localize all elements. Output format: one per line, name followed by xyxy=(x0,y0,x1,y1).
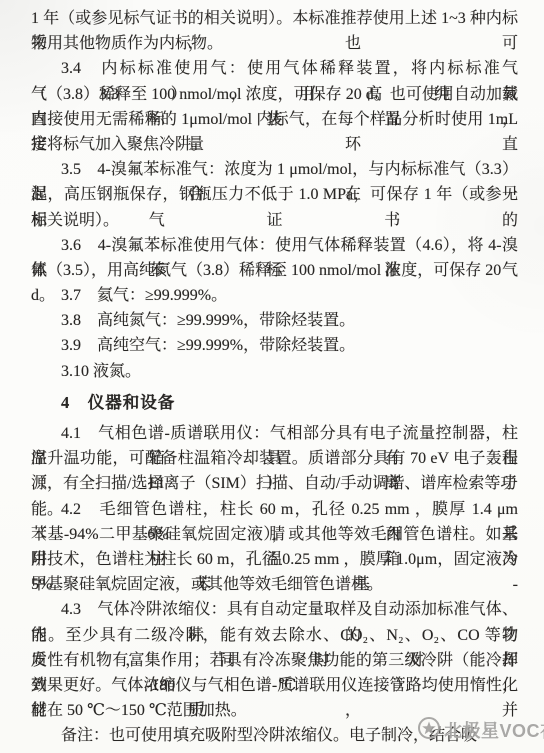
text-line: 体（3.5），用高纯氮气（3.8）稀释至 100 nmol/mol 浓度，可保存… xyxy=(31,258,518,283)
scan-speck xyxy=(284,687,288,691)
text-line: 序升温功能，可配备柱温箱冷却装置。质谱部分具有 70 eV 电子轰击（EI）离子 xyxy=(31,446,518,471)
document-page: 1 年（或参见标气证书的相关说明）。本标准推荐使用上述 1~3 种内标物，也可 … xyxy=(0,0,544,753)
text-line: 3.7 氦气：≥99.999%。 xyxy=(31,283,518,308)
text-line: 阱技术，色谱柱为柱长 60 m，孔径 0.25 mm ，膜厚 1.0μm，固定液… xyxy=(31,547,518,572)
text-line: 能。至少具有二级冷阱，能有效去除水、CO₂、N₂、O₂、CO 等物质，同时对挥 xyxy=(31,623,518,648)
text-line: 效果更好。气体浓缩仪与气相色谱-质谱联用仪连接管路均使用惰性化材质，并 xyxy=(31,673,518,698)
text-line: 起，高压钢瓶保存，钢瓶压力不低于 1.0 MPa，可保存 1 年（或参见标气证书… xyxy=(31,182,518,207)
text-line: 4.2 毛细管色谱柱，柱长 60 m，孔径 0.25 mm ，膜厚 1.4 μm… xyxy=(31,497,518,522)
text-line: 1 年（或参见标气证书的相关说明）。本标准推荐使用上述 1~3 种内标物，也可 xyxy=(31,6,518,31)
text-line: 苯基-94%二甲基聚硅氧烷固定液），或其他等效毛细管色谱柱。如采用柱温箱冷 xyxy=(31,522,518,547)
section-heading: 4 仪器和设备 xyxy=(31,390,518,415)
text-line: 气（3.8）稀释至 100 nmol/mol 浓度，可保存 20 d。也可使用自… xyxy=(31,82,518,107)
text-line: 3.8 高纯氮气：≥99.999%，带除烃装置。 xyxy=(31,308,518,333)
text-line: 4.3 气体冷阱浓缩仪：具有自动定量取样及自动添加标准气体、内标的功 xyxy=(31,597,518,622)
text-line: 3.6 4-溴氟苯标准使用气体：使用气体稀释装置（4.6），将 4-溴氟苯标准气 xyxy=(31,233,518,258)
text-line: 4.1 气相色谱-质谱联用仪：气相部分具有电子流量控制器，柱温箱具有程 xyxy=(31,421,518,446)
text-line: 3.4 内标标准使用气：使用气体稀释装置，将内标标准气（3.3），用高纯氮 xyxy=(31,56,518,81)
text-line: 发性有机物有富集作用；若具有冷冻聚焦功能的第三级冷阱（能冷却到-180 ℃）， xyxy=(31,648,518,673)
text-line: 3.5 4-溴氟苯标准气：浓度为 1 μmol/mol，与内标标准气（3.3）混… xyxy=(31,157,518,182)
text-line: 3.9 高纯空气：≥99.999%，带除烃装置。 xyxy=(31,333,518,358)
text-line: 3.10 液氮。 xyxy=(31,359,518,384)
document-text-column: 1 年（或参见标气证书的相关说明）。本标准推荐使用上述 1~3 种内标物，也可 … xyxy=(31,6,518,748)
note-line: 备注：也可使用填充吸附型冷阱浓缩仪。电子制冷，结合吸 xyxy=(31,723,518,748)
text-line: 源，有全扫描/选择离子（SIM）扫描、自动/手动调谐、谱库检索等功能。 xyxy=(31,471,518,496)
text-line: 直接使用无需稀释的 1μmol/mol 内标气，在每个样品分析时使用 1mL 定… xyxy=(31,107,518,132)
